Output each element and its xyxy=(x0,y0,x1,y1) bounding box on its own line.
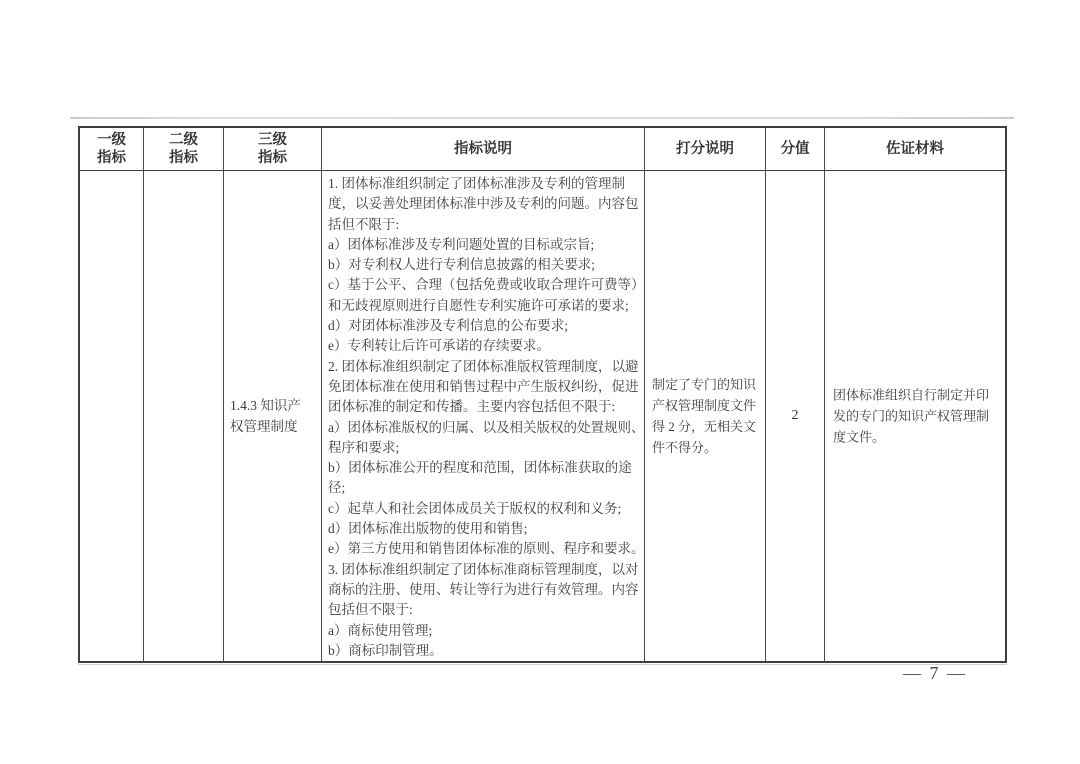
header-scoring-description: 打分说明 xyxy=(645,128,766,170)
cell-level1-indicator xyxy=(80,171,144,661)
table-bottom-shadow xyxy=(78,664,1007,665)
cell-level3-indicator: 1.4.3 知识产权管理制度 xyxy=(224,171,322,661)
cell-score-value: 2 xyxy=(766,171,825,661)
page-number: — 7 — xyxy=(880,663,990,684)
indicator-table: 一级指标 二级指标 三级指标 指标说明 打分说明 分值 佐证材料 1.4.3 知… xyxy=(78,126,1007,663)
evidence-material-text: 团体标准组织自行制定并印发的专门的知识产权管理制度文件。 xyxy=(825,385,1005,448)
document-page: 一级指标 二级指标 三级指标 指标说明 打分说明 分值 佐证材料 1.4.3 知… xyxy=(0,0,1080,764)
header-level1-indicator: 一级指标 xyxy=(80,128,144,170)
scoring-description-text: 制定了专门的知识产权管理制度文件得 2 分，无相关文件不得分。 xyxy=(645,374,765,458)
level3-indicator-text: 1.4.3 知识产权管理制度 xyxy=(224,395,321,437)
header-indicator-description: 指标说明 xyxy=(322,128,645,170)
header-level2-indicator: 二级指标 xyxy=(144,128,224,170)
cell-level2-indicator xyxy=(144,171,224,661)
table-header-row: 一级指标 二级指标 三级指标 指标说明 打分说明 分值 佐证材料 xyxy=(80,128,1005,171)
cell-scoring-description: 制定了专门的知识产权管理制度文件得 2 分，无相关文件不得分。 xyxy=(645,171,766,661)
header-score-value: 分值 xyxy=(766,128,825,170)
table-row: 1.4.3 知识产权管理制度 1. 团体标准组织制定了团体标准涉及专利的管理制度… xyxy=(80,171,1005,661)
cell-evidence-material: 团体标准组织自行制定并印发的专门的知识产权管理制度文件。 xyxy=(825,171,1005,661)
header-evidence-material: 佐证材料 xyxy=(825,128,1005,170)
header-level3-indicator: 三级指标 xyxy=(224,128,322,170)
cell-indicator-description: 1. 团体标准组织制定了团体标准涉及专利的管理制度，以妥善处理团体标准中涉及专利… xyxy=(322,171,645,661)
score-value: 2 xyxy=(766,408,824,424)
scan-artifact-line xyxy=(70,117,1014,119)
